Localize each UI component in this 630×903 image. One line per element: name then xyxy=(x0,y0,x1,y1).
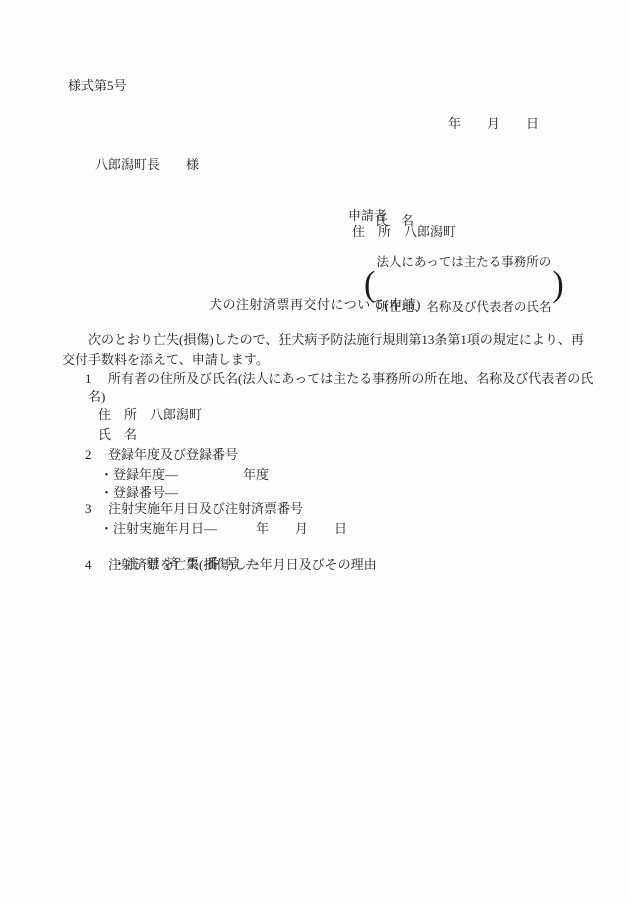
item-2-bullet-registration-year: ・登録年度― 年度 xyxy=(100,467,269,483)
item-3: 3 注射実施年月日及び注射済票番号 xyxy=(85,501,303,517)
item-3-bullet-injection-date: ・注射実施年月日― 年 月 日 xyxy=(100,521,347,537)
item-1: 1 所有者の住所及び氏名(法人にあっては主たる事務所の所在地、名称及び代表者の氏 xyxy=(85,371,593,387)
item-4: 4 注射済票を亡失(損傷)した年月日及びその理由 xyxy=(85,557,377,573)
document-page: 様式第5号 年 月 日 八郎潟町長 様 申請者 住 所 八郎潟町 氏 名 ( 法… xyxy=(0,0,630,903)
date-line: 年 月 日 xyxy=(448,116,539,132)
item-1-heading: 所有者の住所及び氏名(法人にあっては主たる事務所の所在地、名称及び代表者の氏 xyxy=(108,371,593,387)
item-1-number: 1 xyxy=(85,371,108,387)
item-4-number: 4 xyxy=(85,557,108,573)
item-2-heading: 登録年度及び登録番号 xyxy=(108,447,238,463)
item-1-address-field: 住 所 八郎潟町 xyxy=(98,407,202,423)
item-3-heading: 注射実施年月日及び注射済票番号 xyxy=(108,501,303,517)
item-4-heading: 注射済票を亡失(損傷)した年月日及びその理由 xyxy=(108,557,377,573)
body-paragraph-line-2: 交付手数料を添えて、申請します。 xyxy=(62,352,269,368)
body-paragraph-line-1: 次のとおり亡失(損傷)したので、狂犬病予防法施行規則第13条第1項の規定により、… xyxy=(62,332,584,348)
item-3-number: 3 xyxy=(85,501,108,517)
item-2-bullet-registration-number: ・登録番号― xyxy=(100,485,178,501)
addressee-line: 八郎潟町長 様 xyxy=(95,157,199,173)
item-2: 2 登録年度及び登録番号 xyxy=(85,447,238,463)
corporate-note-line-1: 法人にあっては主たる事務所の xyxy=(376,255,551,270)
corporate-note: ( 法人にあっては主たる事務所の 所在地、名称及び代表者の氏名 ) xyxy=(364,225,564,345)
corporate-note-lines: 法人にあっては主たる事務所の 所在地、名称及び代表者の氏名 xyxy=(375,225,552,345)
item-2-number: 2 xyxy=(85,447,108,463)
document-title: 犬の注射済票再交付について(申請) xyxy=(0,297,630,313)
form-number: 様式第5号 xyxy=(68,78,127,94)
item-1-heading-continuation: 名) xyxy=(88,389,105,405)
item-1-name-field: 氏 名 xyxy=(98,427,137,443)
